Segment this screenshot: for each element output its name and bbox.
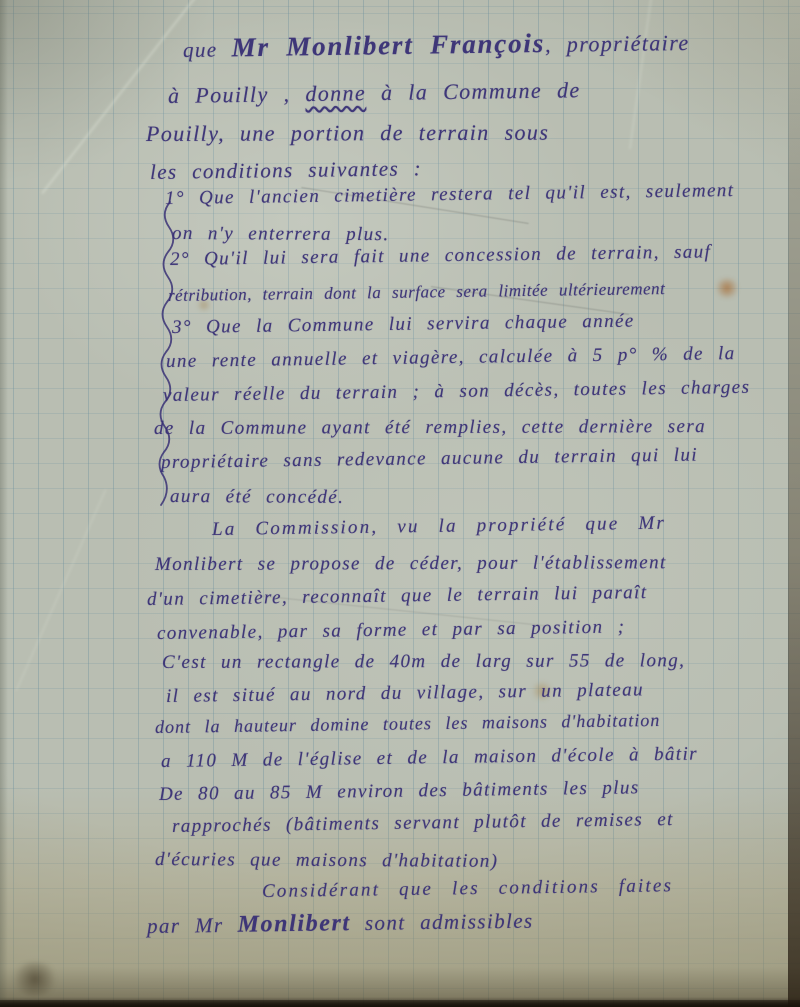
manuscript-line: Monlibert se propose de céder, pour l'ét… <box>155 553 667 576</box>
manuscript-line: on n'y enterrera plus. <box>172 224 390 246</box>
manuscript-line: De 80 au 85 M environ des bâtiments les … <box>159 778 640 806</box>
manuscript-line: C'est un rectangle de 40m de larg sur 55… <box>162 651 685 674</box>
manuscript-line: a 110 M de l'église et de la maison d'éc… <box>161 745 698 773</box>
person-name: Monlibert <box>237 910 350 938</box>
manuscript-line: convenable, par sa forme et par sa posit… <box>157 617 626 644</box>
paper-right-edge-shadow <box>788 0 800 1007</box>
underlined-word: donne <box>305 80 366 106</box>
manuscript-line: rétribution, terrain dont la surface ser… <box>168 280 666 306</box>
ink-stain <box>714 278 740 298</box>
manuscript-line: Pouilly, une portion de terrain sous <box>146 121 549 147</box>
paper-crease <box>15 489 106 691</box>
manuscript-line: dont la hauteur domine toutes les maison… <box>155 711 661 738</box>
person-name: Mr Monlibert François <box>231 28 545 62</box>
manuscript-line: les conditions suivantes : <box>150 157 422 184</box>
manuscript-line: Considérant que les conditions faites <box>262 876 673 903</box>
manuscript-page-photo: que Mr Monlibert François, propriétaire … <box>0 0 800 1007</box>
manuscript-line: aura été concédé. <box>170 487 344 509</box>
manuscript-line: rapprochés (bâtiments servant plutôt de … <box>172 810 674 838</box>
manuscript-line: une rente annuelle et viagère, calculée … <box>166 344 736 373</box>
manuscript-line: d'un cimetière, reconnaît que le terrain… <box>147 583 648 611</box>
line-text: sont admissibles <box>365 909 534 935</box>
manuscript-line: il est situé au nord du village, sur un … <box>166 680 644 708</box>
manuscript-line: La Commission, vu la propriété que Mr <box>212 514 666 541</box>
line-text: à Pouilly , <box>168 81 291 108</box>
paper-crease <box>629 0 653 149</box>
line-text: que <box>183 38 218 62</box>
corner-shadow-stain <box>10 962 60 996</box>
line-text: par Mr <box>147 913 224 938</box>
paper-bottom-edge-shadow <box>0 1000 800 1007</box>
manuscript-line: de la Commune ayant été remplies, cette … <box>154 417 706 440</box>
manuscript-line: que Mr Monlibert François, propriétaire <box>183 27 690 64</box>
manuscript-line: valeur réelle du terrain ; à son décès, … <box>163 378 751 407</box>
manuscript-line: 1° Que l'ancien cimetière restera tel qu… <box>165 181 735 210</box>
manuscript-line: d'écuries que maisons d'habitation) <box>155 850 499 873</box>
line-text: à la Commune de <box>381 77 581 105</box>
manuscript-line: par Mr Monlibert sont admissibles <box>147 908 534 940</box>
manuscript-line: propriétaire sans redevance aucune du te… <box>161 446 698 474</box>
line-text: , propriétaire <box>545 30 690 57</box>
manuscript-line: 2° Qu'il lui sera fait une concession de… <box>170 242 712 270</box>
paper-left-edge-shadow <box>0 0 8 1007</box>
manuscript-line: à Pouilly , donne à la Commune de <box>168 78 581 108</box>
manuscript-line: 3° Que la Commune lui servira chaque ann… <box>172 312 635 339</box>
